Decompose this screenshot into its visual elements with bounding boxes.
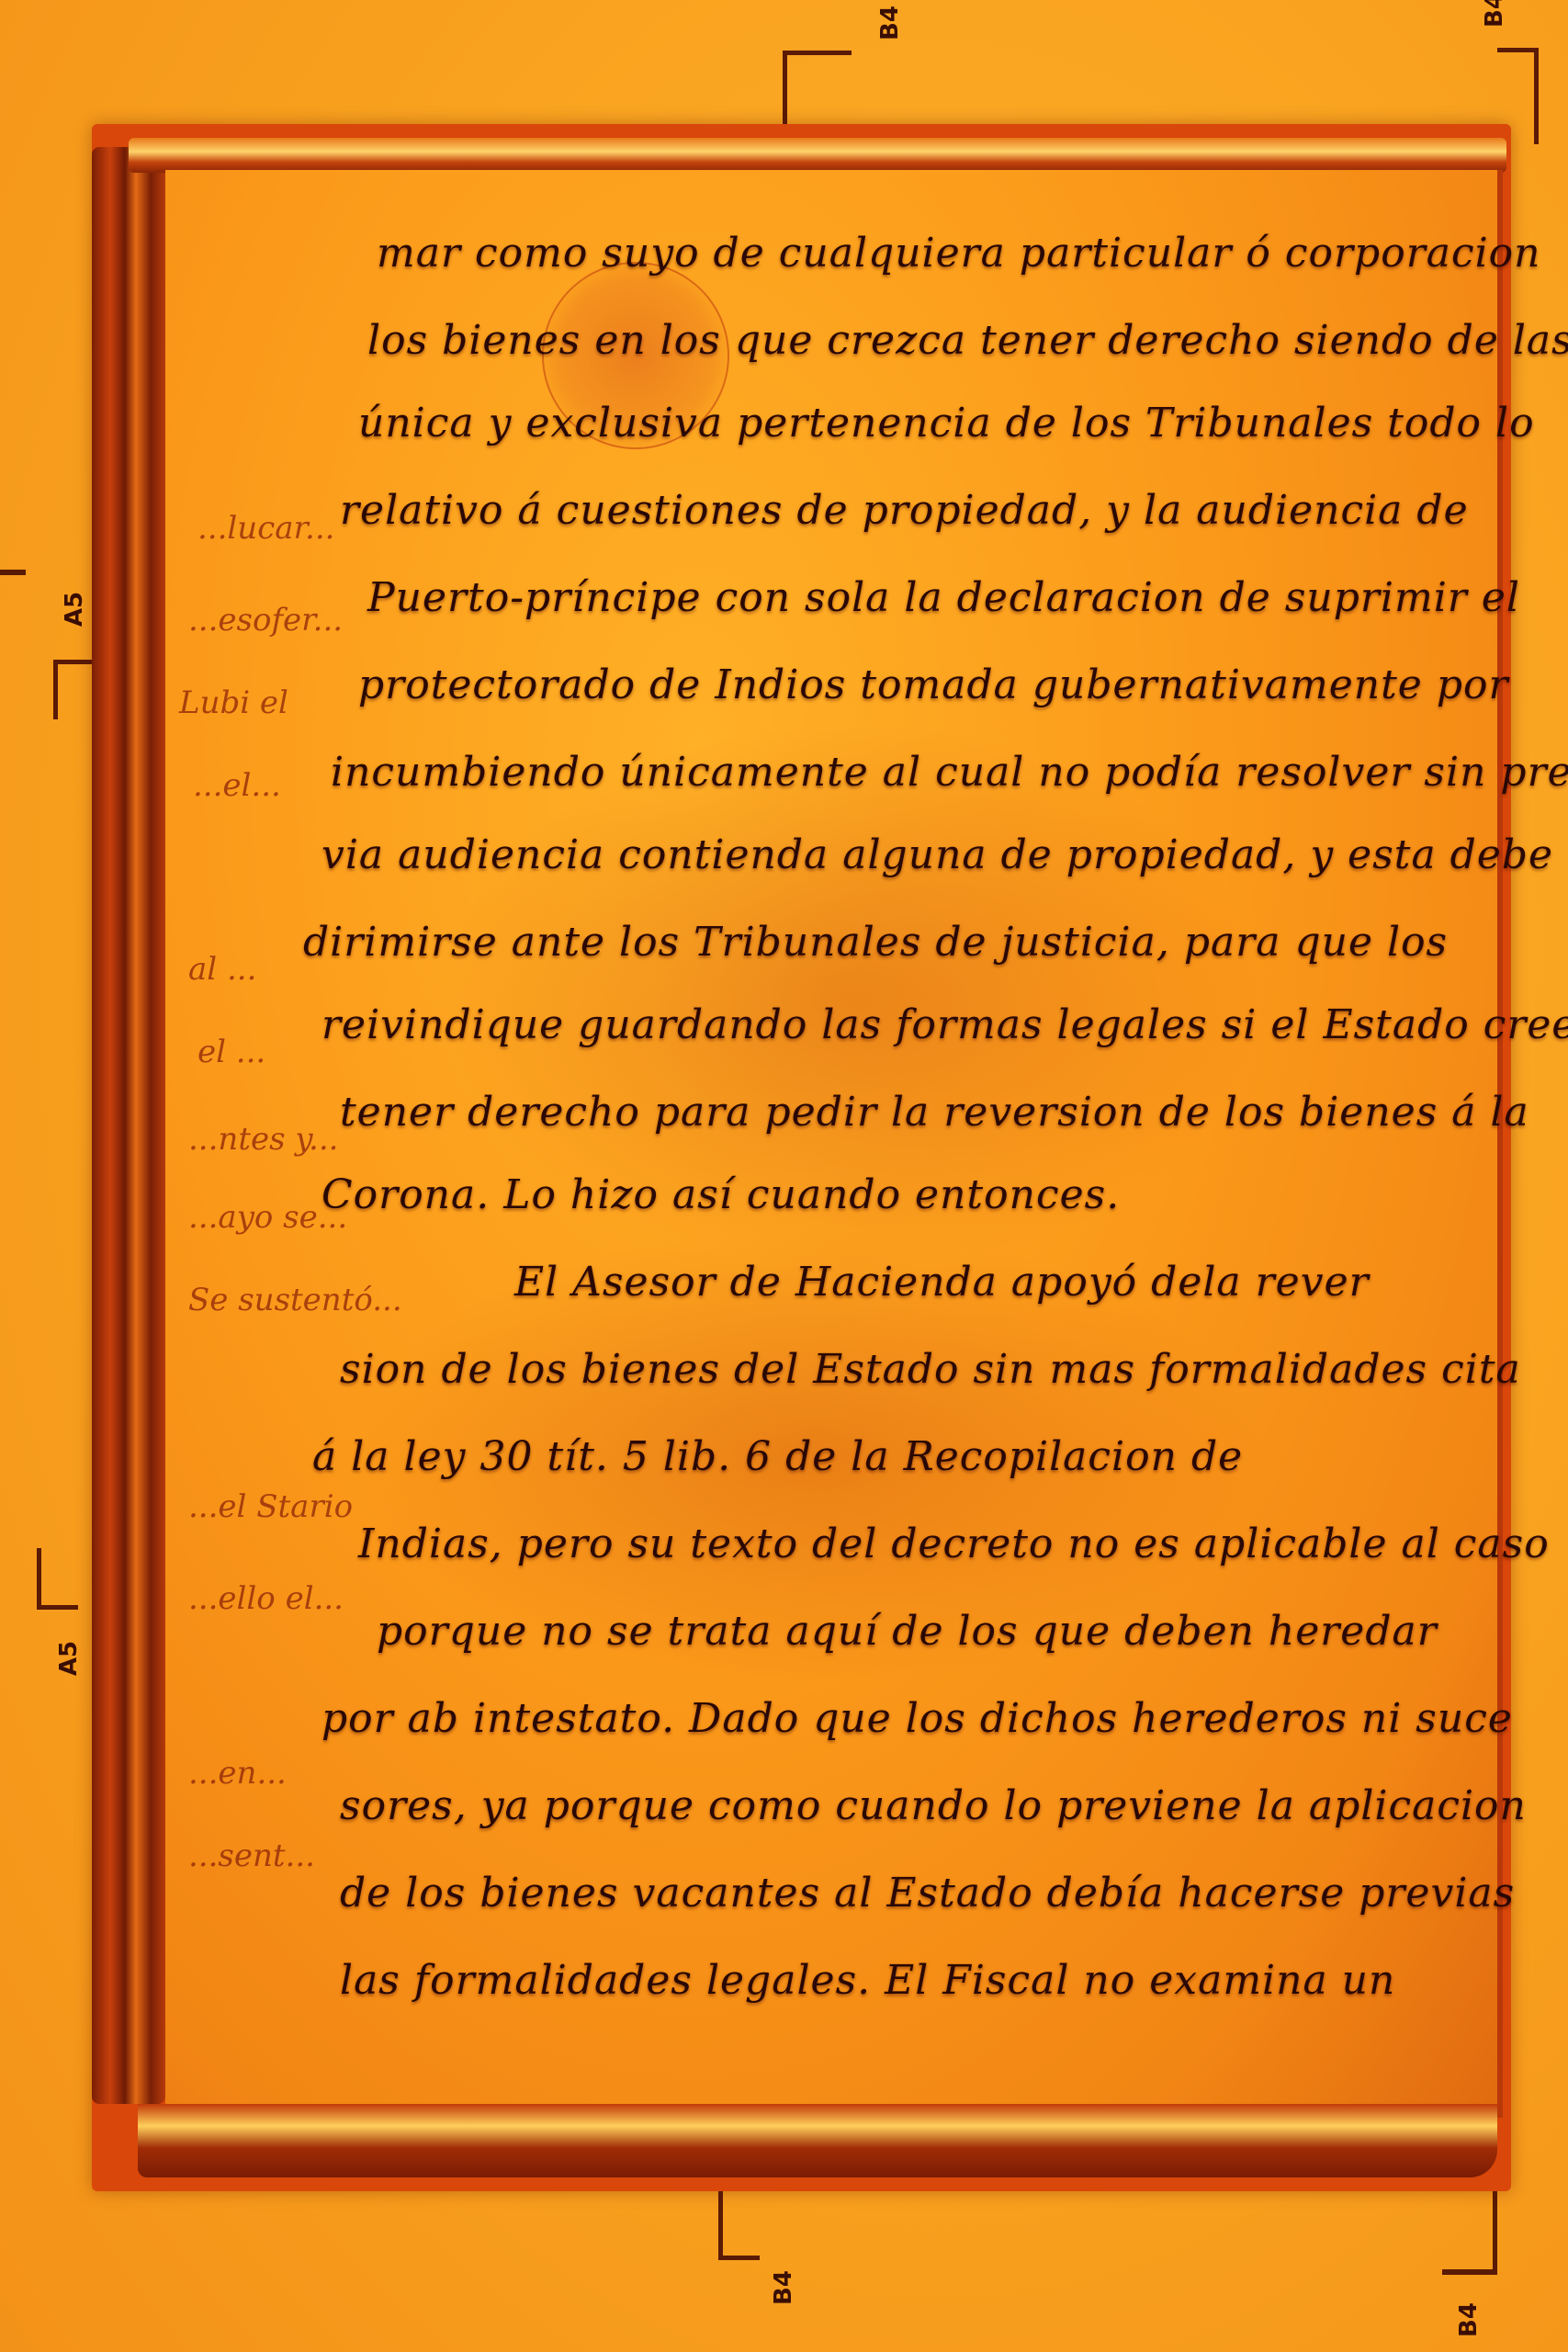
text-line: sion de los bienes del Estado sin mas fo…	[340, 1346, 1521, 1393]
text-line: El Asesor de Hacienda apoyó dela rever	[514, 1259, 1370, 1306]
text-line: reivindique guardando las formas legales…	[321, 1001, 1568, 1048]
text-line: las formalidades legales. El Fiscal no e…	[340, 1957, 1395, 2004]
mark-label-bottom-left: B4	[770, 2270, 797, 2305]
margin-text: ...ntes y...	[188, 1121, 338, 1158]
text-line: via audiencia contienda alguna de propie…	[321, 831, 1553, 878]
text-line: relativo á cuestiones de propiedad, y la…	[340, 487, 1469, 534]
text-line: tener derecho para pedir la reversion de…	[340, 1089, 1529, 1136]
text-line: dirimirse ante los Tribunales de justici…	[303, 919, 1448, 966]
mark-label-top-left: B4	[876, 6, 904, 40]
text-line: única y exclusiva pertenencia de los Tri…	[358, 400, 1535, 447]
mark-label-bottom-right: B4	[1455, 2302, 1483, 2337]
margin-text: Se sustentó...	[188, 1282, 402, 1318]
text-line: mar como suyo de cualquiera particular ó…	[377, 230, 1541, 277]
crop-mark-left-upper-bracket	[53, 660, 95, 719]
margin-text: Lubi el	[179, 684, 288, 721]
text-line: Puerto-príncipe con sola la declaracion …	[367, 574, 1520, 621]
margin-text: ...en...	[188, 1755, 287, 1792]
text-line: Corona. Lo hizo así cuando entonces.	[321, 1171, 1120, 1218]
margin-text: el ...	[197, 1034, 265, 1070]
text-line: por ab intestato. Dado que los dichos he…	[321, 1695, 1513, 1742]
margin-text: ...esofer...	[188, 602, 343, 639]
crop-mark-top-left	[783, 51, 852, 124]
mark-label-left-upper: A5	[61, 592, 88, 627]
text-line: incumbiendo únicamente al cual no podía …	[331, 749, 1568, 796]
page-bottom-edge	[138, 2104, 1497, 2177]
margin-text: ...lucar...	[197, 510, 334, 547]
text-line: de los bienes vacantes al Estado debía h…	[340, 1870, 1515, 1917]
margin-text: al ...	[188, 951, 256, 988]
page-top-edge	[129, 138, 1506, 173]
crop-mark-left-lower-bracket	[37, 1548, 78, 1610]
margin-text: ...sent...	[188, 1837, 315, 1874]
text-line: protectorado de Indios tomada gubernativ…	[358, 661, 1509, 708]
crop-mark-left-upper	[0, 570, 26, 575]
crop-mark-bottom-right	[1442, 2182, 1497, 2275]
mark-label-left-lower: A5	[55, 1641, 83, 1676]
margin-text: ...ello el...	[188, 1580, 344, 1617]
text-line: á la ley 30 tít. 5 lib. 6 de la Recopila…	[312, 1433, 1243, 1480]
text-line: los bienes en los que crezca tener derec…	[367, 317, 1568, 364]
text-line: Indias, pero su texto del decreto no es …	[358, 1521, 1550, 1567]
text-line: sores, ya porque como cuando lo previene…	[340, 1782, 1527, 1829]
text-line: porque no se trata aquí de los que deben…	[377, 1608, 1438, 1655]
mark-label-top-right: B4	[1481, 0, 1508, 28]
margin-text: ...el Stario	[188, 1488, 353, 1525]
margin-text: ...el...	[193, 767, 281, 804]
book-spine	[92, 147, 165, 2104]
